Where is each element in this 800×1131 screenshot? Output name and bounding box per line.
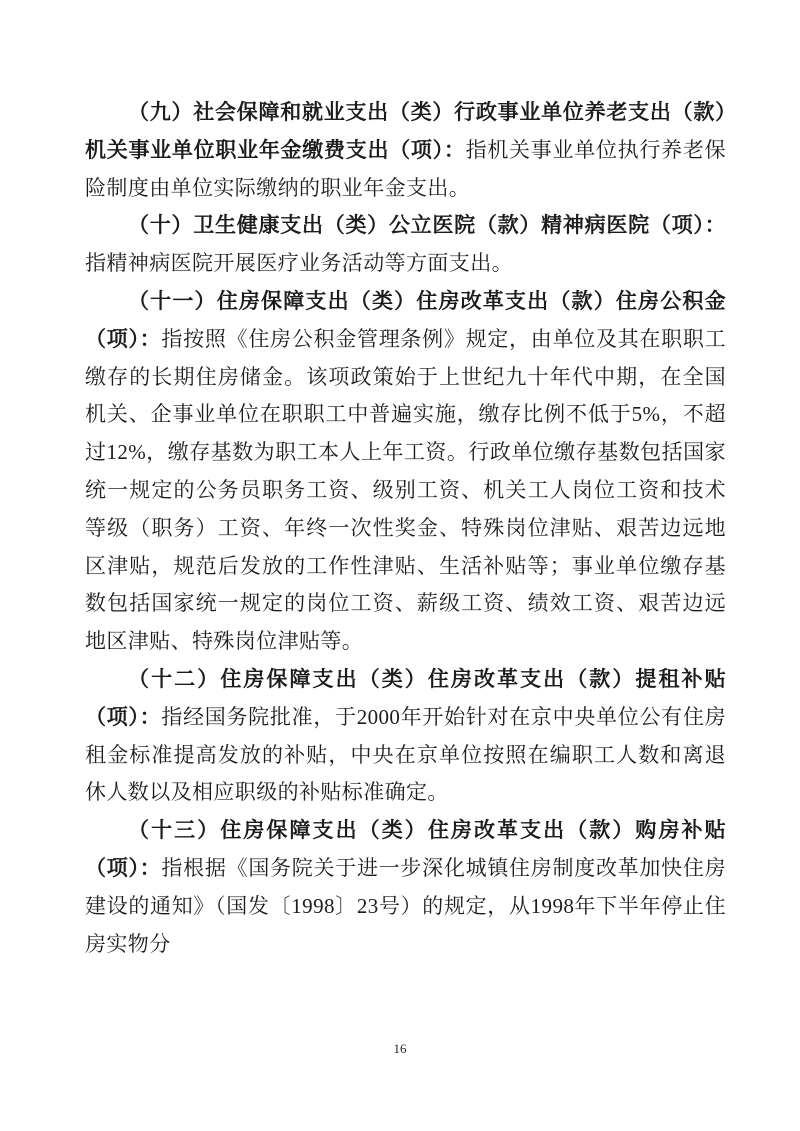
page-footer: 16 bbox=[0, 1040, 800, 1058]
document-page: （九）社会保障和就业支出（类）行政事业单位养老支出（款）机关事业单位职业年金缴费… bbox=[0, 0, 800, 1131]
paragraph-item-11: （十一）住房保障支出（类）住房改革支出（款）住房公积金（项）：指按照《住房公积金… bbox=[85, 283, 726, 661]
paragraph-body-text: 指经国务院批准，于2000年开始针对在京中央单位公有住房租金标准提高发放的补贴，… bbox=[85, 705, 726, 805]
paragraph-body-text: 指精神病医院开展医疗业务活动等方面支出。 bbox=[85, 251, 513, 275]
paragraph-body-text: 指按照《住房公积金管理条例》规定，由单位及其在职职工缴存的长期住房储金。该项政策… bbox=[85, 327, 726, 653]
paragraph-heading: （十）卫生健康支出（类）公立医院（款）精神病医院（项）： bbox=[128, 213, 726, 237]
page-number: 16 bbox=[394, 1041, 407, 1056]
paragraph-item-10: （十）卫生健康支出（类）公立医院（款）精神病医院（项）：指精神病医院开展医疗业务… bbox=[85, 207, 726, 283]
paragraph-item-9: （九）社会保障和就业支出（类）行政事业单位养老支出（款）机关事业单位职业年金缴费… bbox=[85, 94, 726, 207]
paragraph-item-13: （十三）住房保障支出（类）住房改革支出（款）购房补贴（项）：指根据《国务院关于进… bbox=[85, 812, 726, 963]
document-body: （九）社会保障和就业支出（类）行政事业单位养老支出（款）机关事业单位职业年金缴费… bbox=[85, 94, 726, 963]
paragraph-body-text: 指根据《国务院关于进一步深化城镇住房制度改革加快住房建设的通知》（国发〔1998… bbox=[85, 856, 726, 956]
paragraph-item-12: （十二）住房保障支出（类）住房改革支出（款）提租补贴（项）：指经国务院批准，于2… bbox=[85, 661, 726, 812]
